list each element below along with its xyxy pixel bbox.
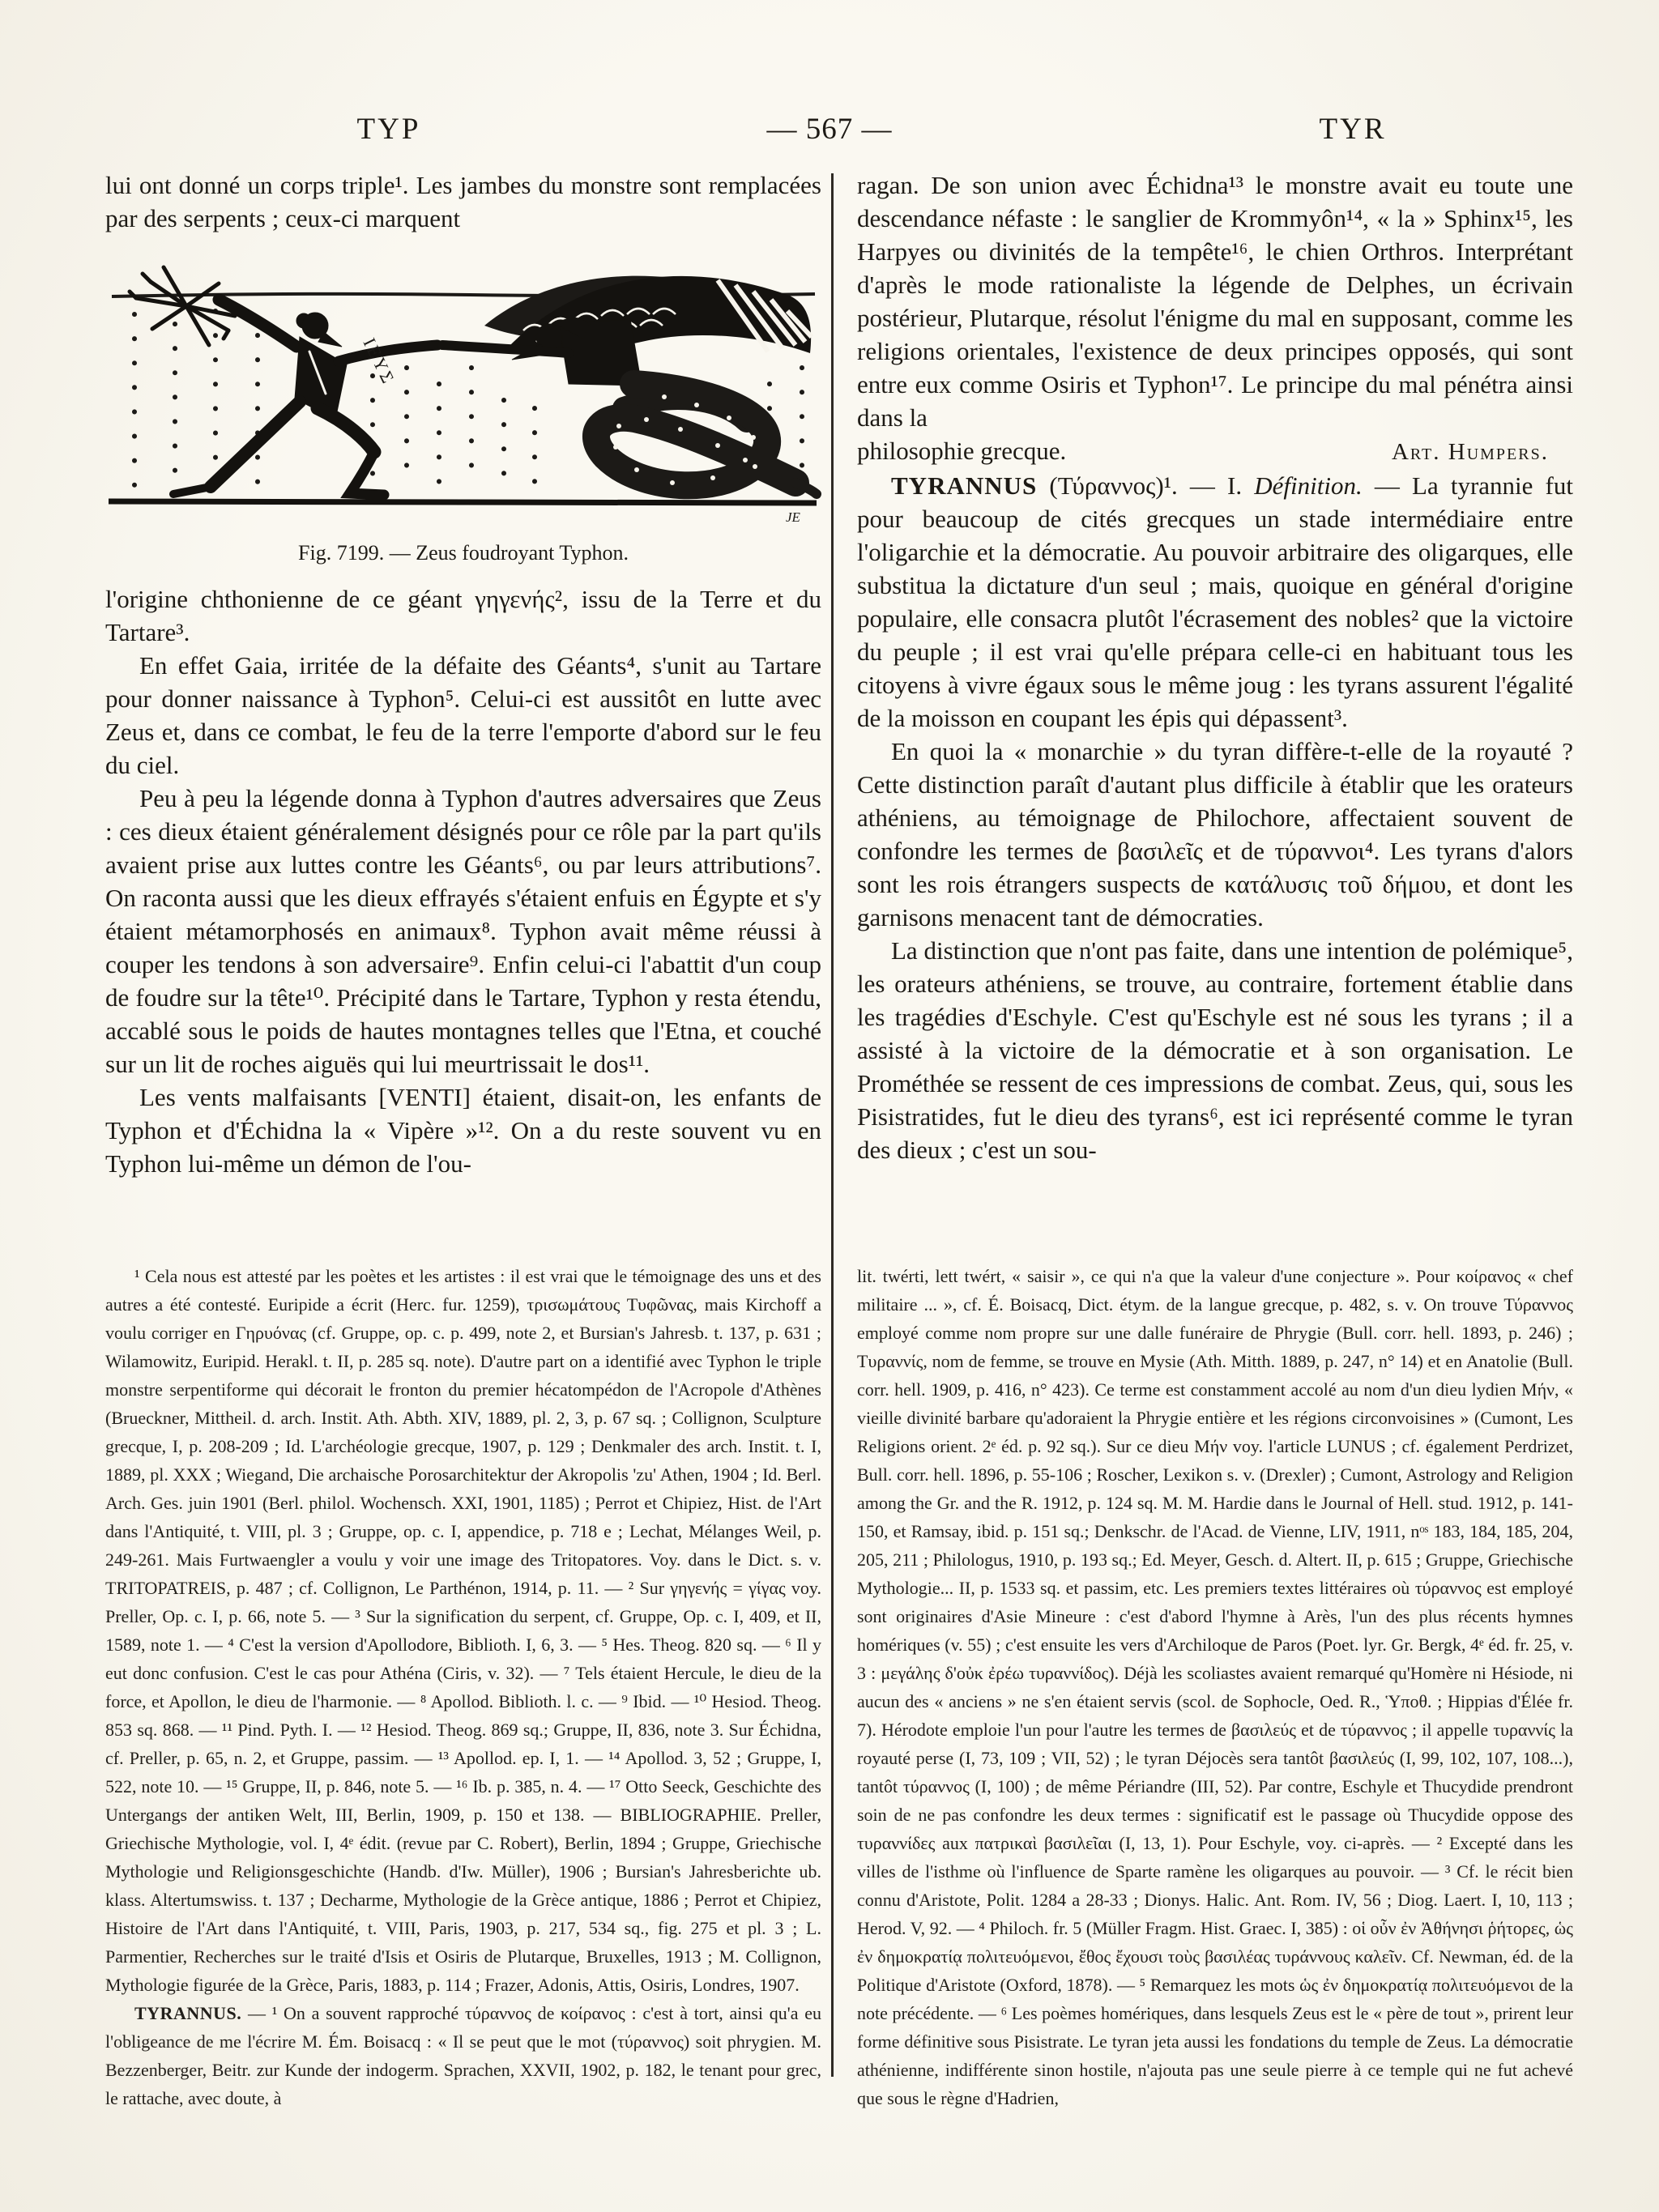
paragraph-typhon-continuation: lui ont donné un corps triple¹. Les jamb…: [105, 168, 821, 235]
header-entry-left: TYP: [267, 112, 510, 147]
paragraph-origine: l'origine chthonienne de ce géant γηγενή…: [105, 582, 821, 649]
footnote-entry-word: TYRANNUS.: [134, 2003, 241, 2023]
figure-inscription: ΙΕΥΣ: [360, 335, 399, 388]
running-head: — 567 — TYP TYR: [0, 112, 1659, 152]
footnotes-left-column: ¹ Cela nous est attesté par les poètes e…: [105, 1262, 821, 2112]
entry-word-tyrannus: TYRANNUS: [891, 471, 1037, 500]
scanned-dictionary-page: { "header": { "left_entry": "TYP", "page…: [0, 0, 1659, 2212]
figure-illustration: ΙΕΥΣ: [105, 246, 821, 534]
footnotes-right-column: lit. twérti, lett twért, « saisir », ce …: [857, 1262, 1573, 2112]
paragraph-legende: Peu à peu la légende donna à Typhon d'au…: [105, 782, 821, 1080]
paragraph-gaia: En effet Gaia, irritée de la défaite des…: [105, 649, 821, 782]
left-column: lui ont donné un corps triple¹. Les jamb…: [105, 168, 821, 1262]
figure-caption: Fig. 7199. — Zeus foudroyant Typhon.: [105, 540, 821, 566]
engraver-monogram: JE: [786, 509, 801, 525]
header-entry-right: TYR: [1231, 112, 1474, 147]
paragraph-ouragan-end: philosophie grecque.: [857, 434, 1066, 467]
paragraph-tyrannus-text: — La tyrannie fut pour beaucoup de cités…: [857, 471, 1573, 732]
paragraph-monarchie: En quoi la « monarchie » du tyran diffèr…: [857, 735, 1573, 934]
footnote-block-tyrannus: TYRANNUS. — ¹ On a souvent rapproché τύρ…: [105, 1999, 821, 2112]
author-signature: Art. Humpers.: [1392, 436, 1573, 469]
right-column: ragan. De son union avec Échidna¹³ le mo…: [857, 168, 1573, 1262]
footnote-block-typhon: ¹ Cela nous est attesté par les poètes e…: [105, 1262, 821, 1999]
paragraph-vents: Les vents malfaisants [VENTI] étaient, d…: [105, 1080, 821, 1180]
section-title-definition: Définition.: [1254, 471, 1362, 500]
footnote-block-right: lit. twérti, lett twért, « saisir », ce …: [857, 1262, 1573, 2112]
paragraph-distinction: La distinction que n'ont pas faite, dans…: [857, 934, 1573, 1166]
paragraph-tyrannus-definition: TYRANNUS (Τύραννος)¹. — I. Définition. —…: [857, 469, 1573, 735]
entry-greek: (Τύραννος)¹. — I.: [1037, 471, 1254, 500]
zeus-typhon-woodcut: ΙΕΥΣ: [105, 246, 821, 526]
column-divider-rule: [831, 173, 834, 2077]
paragraph-ouragan: ragan. De son union avec Échidna¹³ le mo…: [857, 168, 1573, 434]
article-end-line: philosophie grecque. Art. Humpers.: [857, 434, 1573, 469]
